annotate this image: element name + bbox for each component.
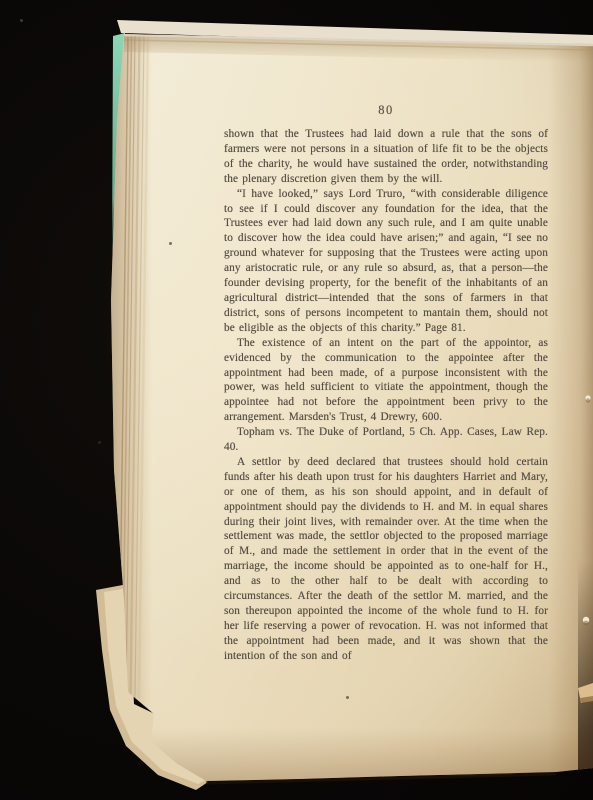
paragraph: A settlor by deed declared that trustees…: [224, 455, 548, 664]
paragraph: Topham vs. The Duke of Portland, 5 Ch. A…: [224, 425, 548, 455]
text-block: shown that the Trustees had laid down a …: [224, 127, 548, 664]
dust-speck: [169, 242, 172, 245]
dust-speck: [346, 696, 349, 699]
page-number: 80: [224, 103, 548, 118]
dust-speck: [98, 441, 101, 444]
page-content: 80 shown that the Trustees had laid down…: [224, 103, 548, 664]
paragraph: The existence of an intent on the part o…: [224, 336, 548, 425]
paragraph: shown that the Trustees had laid down a …: [224, 127, 548, 187]
scanned-book-photo: 80 shown that the Trustees had laid down…: [0, 0, 593, 800]
dust-speck: [20, 19, 23, 22]
paragraph: “I have looked,” says Lord Truro, “with …: [224, 187, 548, 336]
